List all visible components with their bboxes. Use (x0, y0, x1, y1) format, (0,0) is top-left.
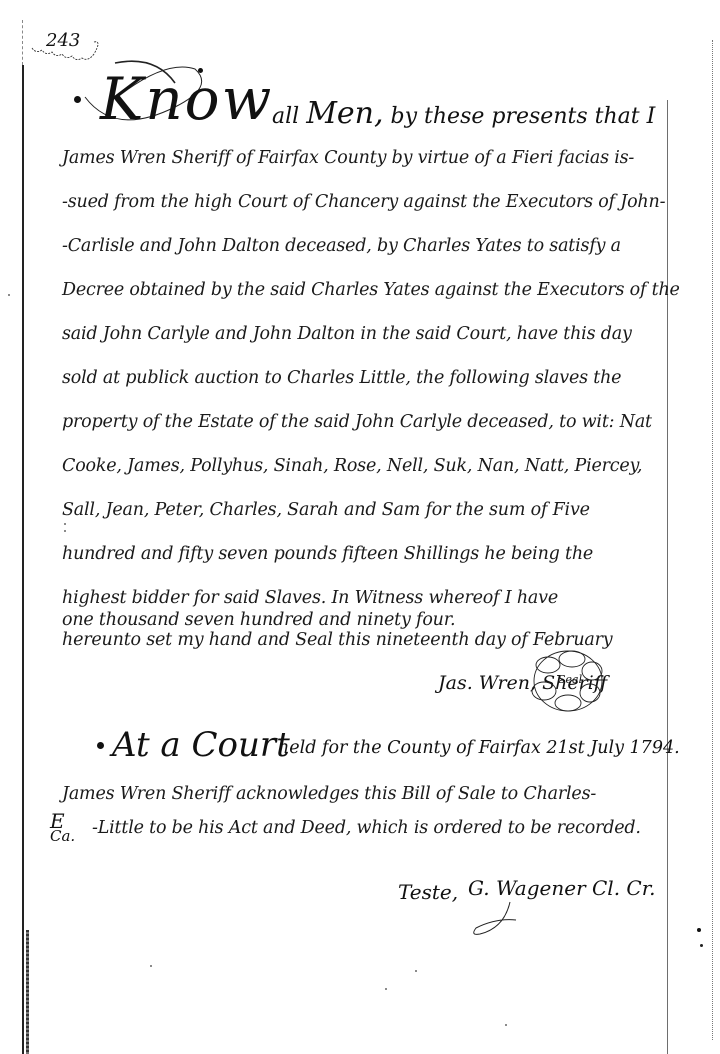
body-line-10: hundred and fifty seven pounds fifteen S… (62, 544, 593, 564)
body-line-7: property of the Estate of the said John … (62, 412, 652, 432)
ink-blot-ornament-icon (97, 742, 104, 749)
left-margin-rule (22, 65, 24, 1054)
seal-label: Seal (558, 673, 582, 686)
body-line-3: -Carlisle and John Dalton deceased, by C… (62, 236, 621, 256)
body-line-1: James Wren Sheriff of Fairfax County by … (62, 148, 634, 168)
margin-note-line-2: Ca. (50, 830, 75, 844)
body-line-6: sold at publick auction to Charles Littl… (62, 368, 621, 388)
paper-speck (150, 965, 152, 967)
body-line-8: Cooke, James, Pollyhus, Sinah, Rose, Nel… (62, 456, 642, 476)
signature-flourish-icon (470, 900, 540, 940)
right-page-edge (712, 40, 714, 1040)
court-heading: At a Court (112, 728, 290, 762)
heading-rest: all Men, by these presents that I (272, 96, 655, 131)
body-line-11: highest bidder for said Slaves. In Witne… (62, 588, 558, 608)
court-line-2: -Little to be his Act and Deed, which is… (92, 818, 641, 838)
heading-know: Know (100, 70, 273, 128)
page-number: 243 (46, 30, 80, 51)
body-line-2: -sued from the high Court of Chancery ag… (62, 192, 665, 212)
clerk-signature: G. Wagener Cl. Cr. (468, 876, 655, 900)
heading-tail: by these presents that I (391, 104, 656, 129)
left-margin-dashed-rule (22, 20, 24, 65)
paper-speck (64, 530, 66, 532)
paper-speck (415, 970, 417, 972)
paper-speck (700, 944, 703, 947)
paper-speck (505, 1024, 507, 1026)
margin-note: E Ca. (50, 812, 75, 844)
paper-speck (64, 523, 66, 525)
heading-all: all (272, 104, 299, 129)
heading-men: Men, (306, 96, 383, 131)
paper-speck (385, 988, 387, 990)
body-line-13: one thousand seven hundred and ninety fo… (62, 610, 455, 630)
paper-speck (697, 928, 701, 932)
court-line-1: James Wren Sheriff acknowledges this Bil… (62, 784, 596, 804)
court-heading-rest: held for the County of Fairfax 21st July… (278, 738, 680, 758)
body-line-4: Decree obtained by the said Charles Yate… (62, 280, 680, 300)
body-line-9: Sall, Jean, Peter, Charles, Sarah and Sa… (62, 500, 590, 520)
paper-speck (8, 294, 10, 296)
attestation-label: Teste, (398, 880, 458, 904)
left-binding-edge (26, 930, 29, 1054)
document-page: 243 Know all Men, by these presents that… (0, 0, 720, 1054)
body-line-5: said John Carlyle and John Dalton in the… (62, 324, 632, 344)
right-margin-rule (667, 100, 668, 1054)
